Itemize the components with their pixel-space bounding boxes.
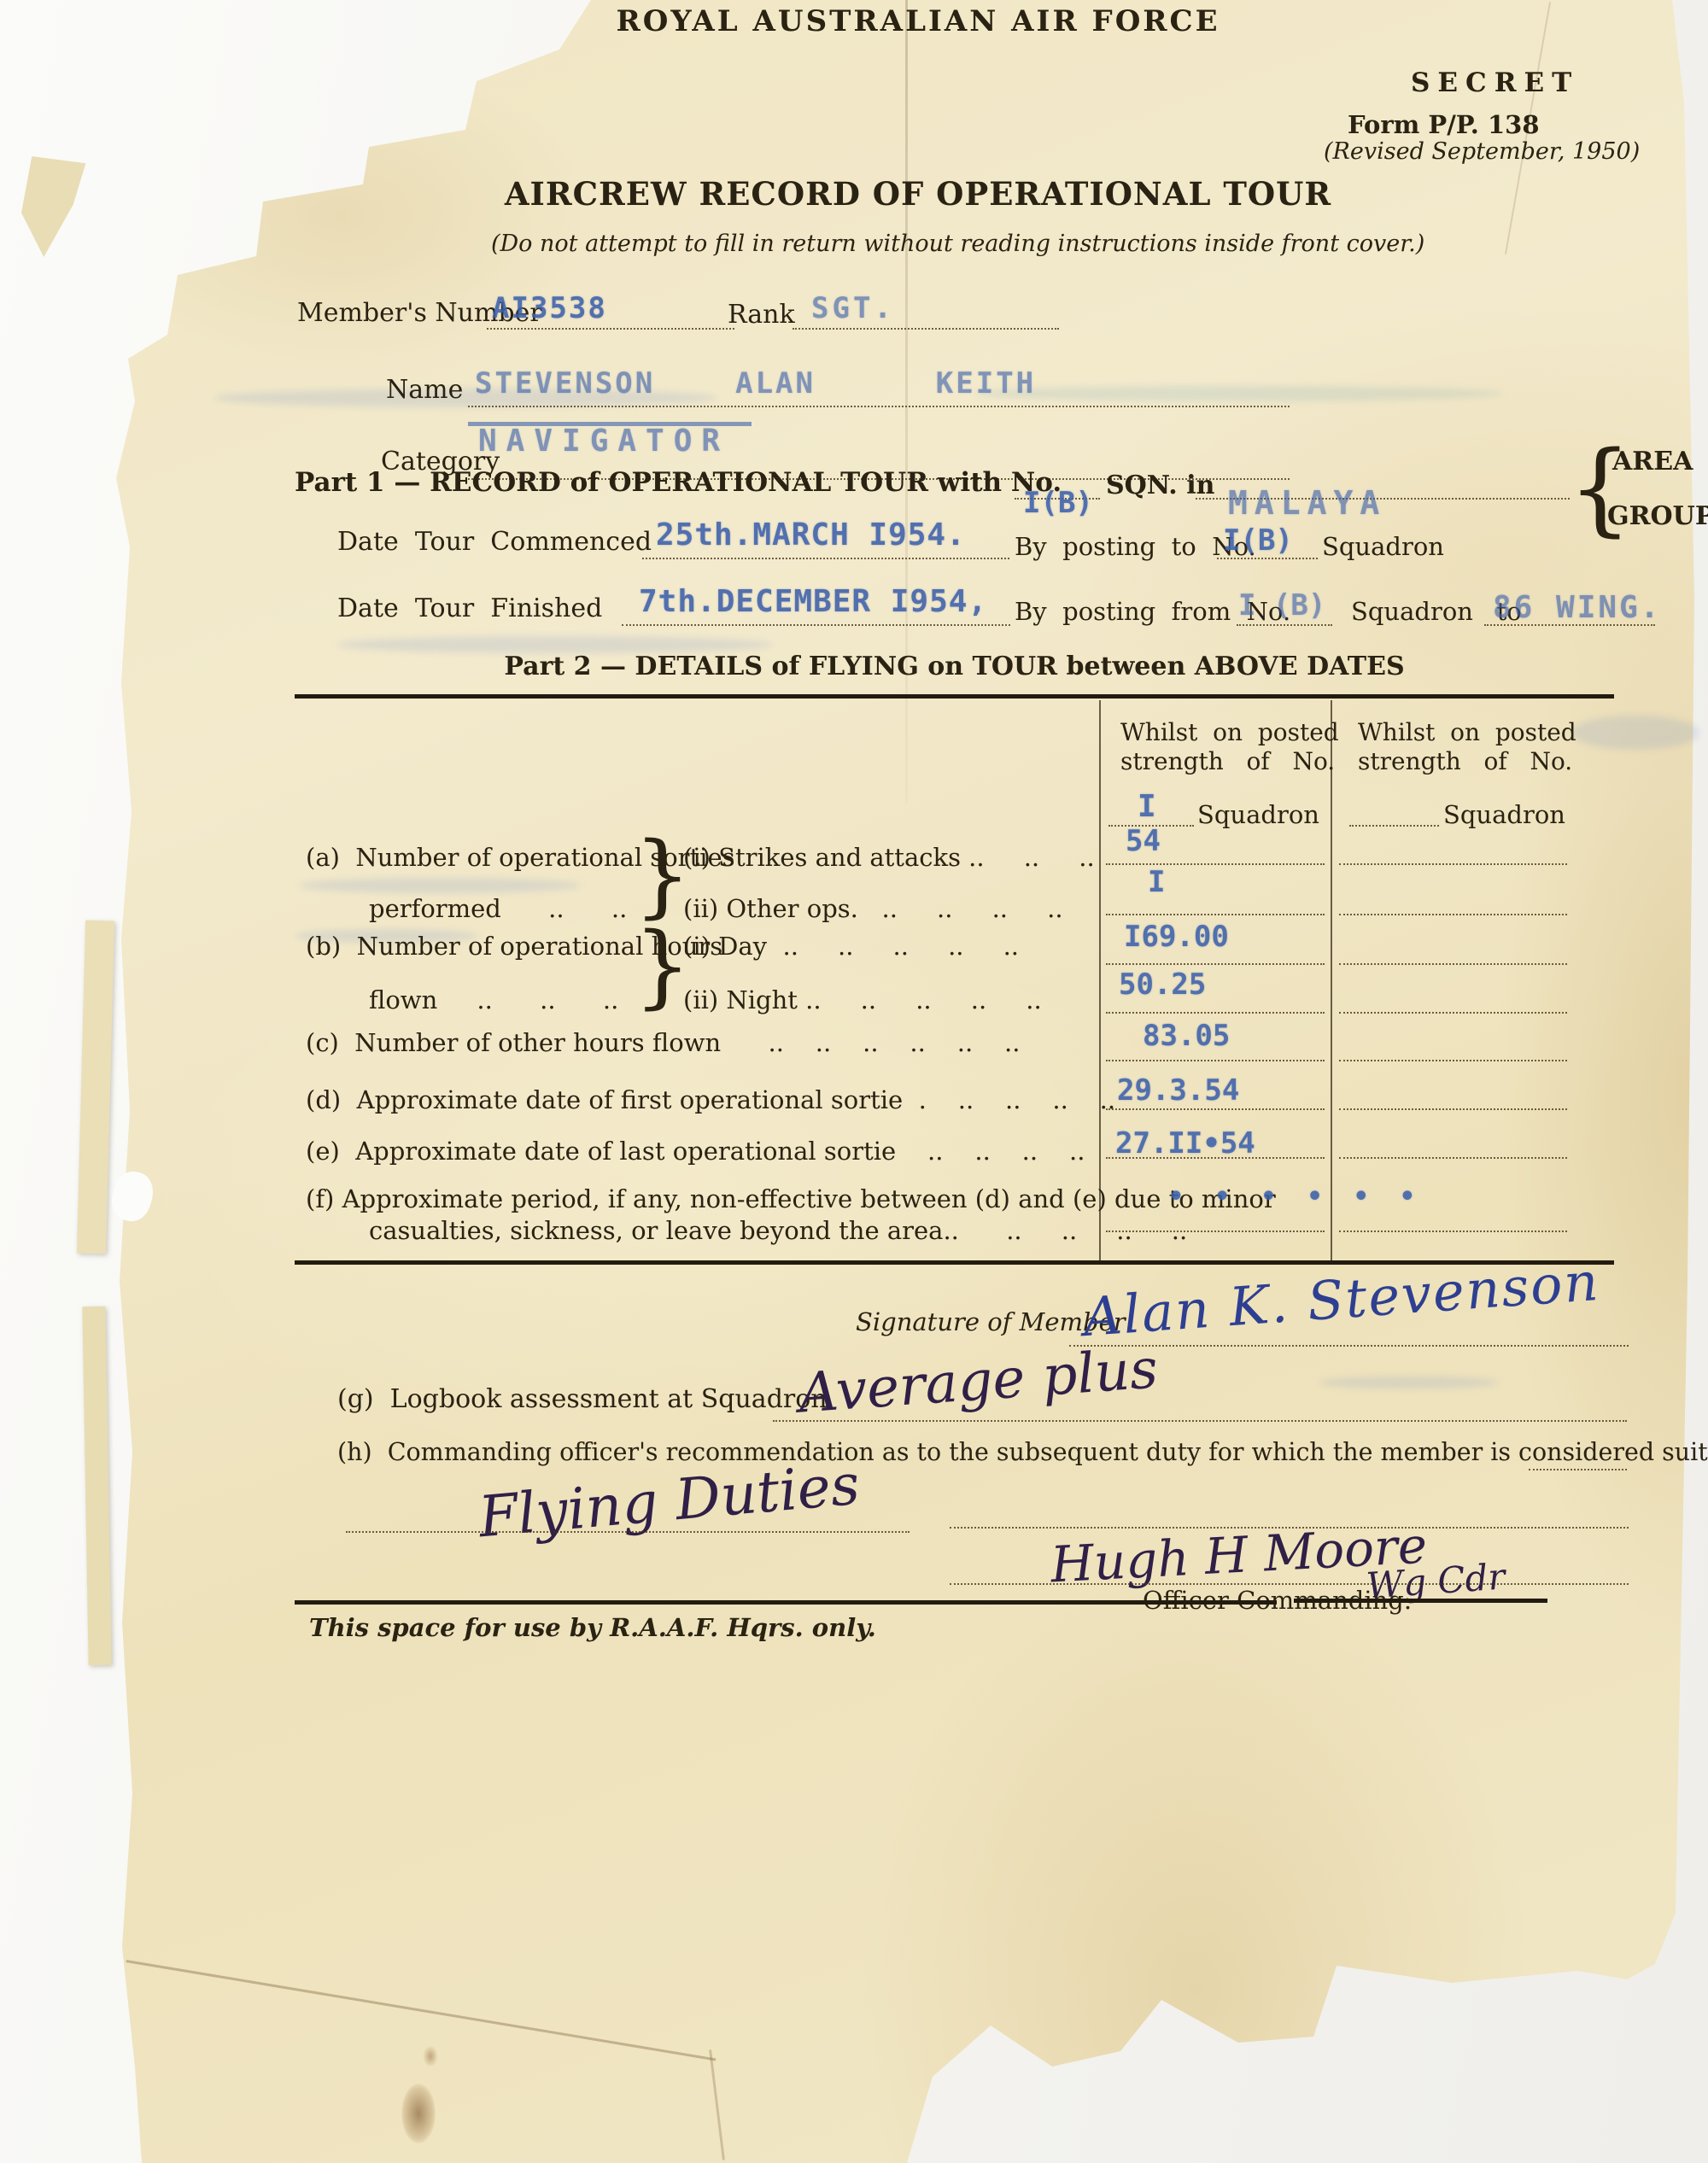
part1-area-label: AREA [1612, 447, 1693, 477]
row-line [1339, 1231, 1567, 1232]
col1-squadron-number: I [1138, 789, 1156, 824]
row-line [1339, 963, 1567, 965]
col1-header-line1: Whilst on posted [1120, 719, 1339, 746]
row-line [1339, 914, 1567, 915]
co-recommendation-label: (h) Commanding officer's recommendation … [337, 1439, 1708, 1467]
row-e-label: (e) Approximate date of last operational… [306, 1137, 1085, 1166]
force-title: ROYAL AUSTRALIAN AIR FORCE [491, 5, 1345, 38]
ink-smudge [1319, 1377, 1499, 1388]
part2-heading: Part 2 — DETAILS of FLYING on TOUR betwe… [295, 652, 1614, 682]
row-line [1339, 1060, 1567, 1061]
table-column-line-2 [1331, 700, 1332, 1260]
footer-rule-left [295, 1600, 1277, 1605]
posted-to-unit-value: 86 WING. [1493, 590, 1661, 625]
posting-to-number: I(B) [1223, 524, 1293, 558]
hq-note: This space for use by R.A.A.F. Hqrs. onl… [309, 1614, 876, 1642]
classification-secret: SECRET [1411, 68, 1579, 99]
paper-fragment [21, 156, 91, 257]
row-b-sub1: (i) Day .. .. .. .. .. [683, 932, 1019, 961]
tour-finished-value: 7th.DECEMBER I954, [639, 584, 987, 619]
member-category-value: NAVIGATOR [478, 424, 729, 459]
ink-smudge [337, 636, 773, 653]
part1-group-label: GROUP [1607, 502, 1708, 532]
stain-spot-1 [401, 2084, 436, 2143]
paper-sliver-left-2 [82, 1307, 111, 1665]
row-line [1106, 963, 1325, 965]
value-non-effective: • • • • • • [1168, 1183, 1415, 1213]
tour-commenced-label: Date Tour Commenced [337, 528, 652, 558]
member-rank-label: Rank [728, 301, 795, 330]
dotted-line [642, 558, 1009, 559]
row-b-sub2: (ii) Night .. .. .. .. .. [683, 986, 1042, 1014]
part1-sqn-in-label: SQN. in [1106, 471, 1214, 501]
row-line [1106, 1060, 1325, 1061]
value-other-hours: 83.05 [1143, 1020, 1230, 1053]
value-other-ops: I [1148, 866, 1165, 899]
row-a-sub2: (ii) Other ops. .. .. .. .. [683, 895, 1063, 923]
ink-smudge [1571, 716, 1699, 750]
col1-squadron-label: Squadron [1197, 801, 1319, 829]
ink-smudge [299, 878, 581, 893]
value-strikes: 54 [1126, 825, 1161, 858]
part1-sqn-in-value: MALAYA [1228, 485, 1386, 523]
posting-from-number: I (B) [1238, 589, 1325, 623]
value-day-hours: I69.00 [1124, 921, 1229, 954]
col2-squadron-label: Squadron [1443, 801, 1565, 829]
tour-commenced-value: 25th.MARCH I954. [656, 517, 966, 552]
row-line [1339, 1108, 1567, 1110]
row-line [1106, 1108, 1325, 1110]
dotted-line [346, 1531, 910, 1533]
dotted-line [1217, 558, 1318, 559]
dotted-line [1349, 825, 1439, 827]
col2-header-line1: Whilst on posted [1358, 719, 1576, 746]
dotted-line [793, 328, 1059, 330]
dotted-line [622, 624, 1010, 626]
row-c-label: (c) Number of other hours flown .. .. ..… [306, 1029, 1020, 1057]
part1-squadron-number: I(B) [1023, 487, 1093, 520]
row-line [1106, 1012, 1325, 1014]
table-top-rule [295, 694, 1614, 699]
form-revision: (Revised September, 1950) [1324, 138, 1640, 165]
value-night-hours: 50.25 [1119, 968, 1206, 1002]
row-line [1106, 863, 1325, 865]
row-f-label1: (f) Approximate period, if any, non-effe… [306, 1185, 1276, 1213]
dotted-line [468, 406, 1290, 407]
value-first-sortie: 29.3.54 [1117, 1074, 1239, 1108]
dotted-line [487, 328, 734, 330]
part1-heading: Part 1 — RECORD of OPERATIONAL TOUR with… [295, 468, 1062, 499]
stain-spot-2 [423, 2045, 438, 2067]
paper-sliver-left-1 [77, 921, 114, 1254]
row-b-label2: flown .. .. .. [369, 986, 618, 1014]
dotted-line [1237, 624, 1332, 626]
value-last-sortie: 27.II•54 [1115, 1127, 1255, 1160]
row-a-label2: performed .. .. [369, 895, 627, 923]
row-line [1339, 1012, 1567, 1014]
dotted-line [773, 1420, 1627, 1422]
doc-title: AIRCREW RECORD OF OPERATIONAL TOUR [491, 176, 1345, 213]
ink-smudge [974, 386, 1503, 401]
col1-header-line2: strength of No. [1120, 748, 1335, 775]
row-a-sub1: (i) Strikes and attacks .. .. .. [683, 844, 1095, 872]
dotted-line [1529, 1469, 1627, 1470]
footer-rule-right [1294, 1599, 1547, 1603]
row-line [1339, 1157, 1567, 1159]
scanned-form-page: ROYAL AUSTRALIAN AIR FORCE SECRET Form P… [0, 0, 1708, 2163]
tour-finished-label: Date Tour Finished [337, 594, 602, 624]
logbook-assessment-label: (g) Logbook assessment at Squadron [337, 1385, 828, 1415]
posting-to-squadron-label: Squadron [1322, 533, 1444, 561]
member-number-value: AI3538 [492, 292, 607, 325]
dotted-line [950, 1583, 1629, 1585]
row-line [1106, 914, 1325, 915]
table-column-line-1 [1099, 700, 1101, 1260]
member-rank-value: SGT. [811, 292, 895, 325]
fold-crease-vertical [905, 0, 908, 803]
row-f-label2: casualties, sickness, or leave beyond th… [369, 1217, 1187, 1245]
col2-header-line2: strength of No. [1358, 748, 1572, 775]
row-line [1339, 863, 1567, 865]
row-d-label: (d) Approximate date of first operationa… [306, 1086, 1115, 1114]
member-name-label: Name [386, 376, 463, 406]
doc-instruction: (Do not attempt to fill in return withou… [491, 231, 1345, 257]
member-name-value: STEVENSON ALAN KEITH [475, 367, 1036, 400]
form-number: Form P/P. 138 [1348, 111, 1540, 139]
